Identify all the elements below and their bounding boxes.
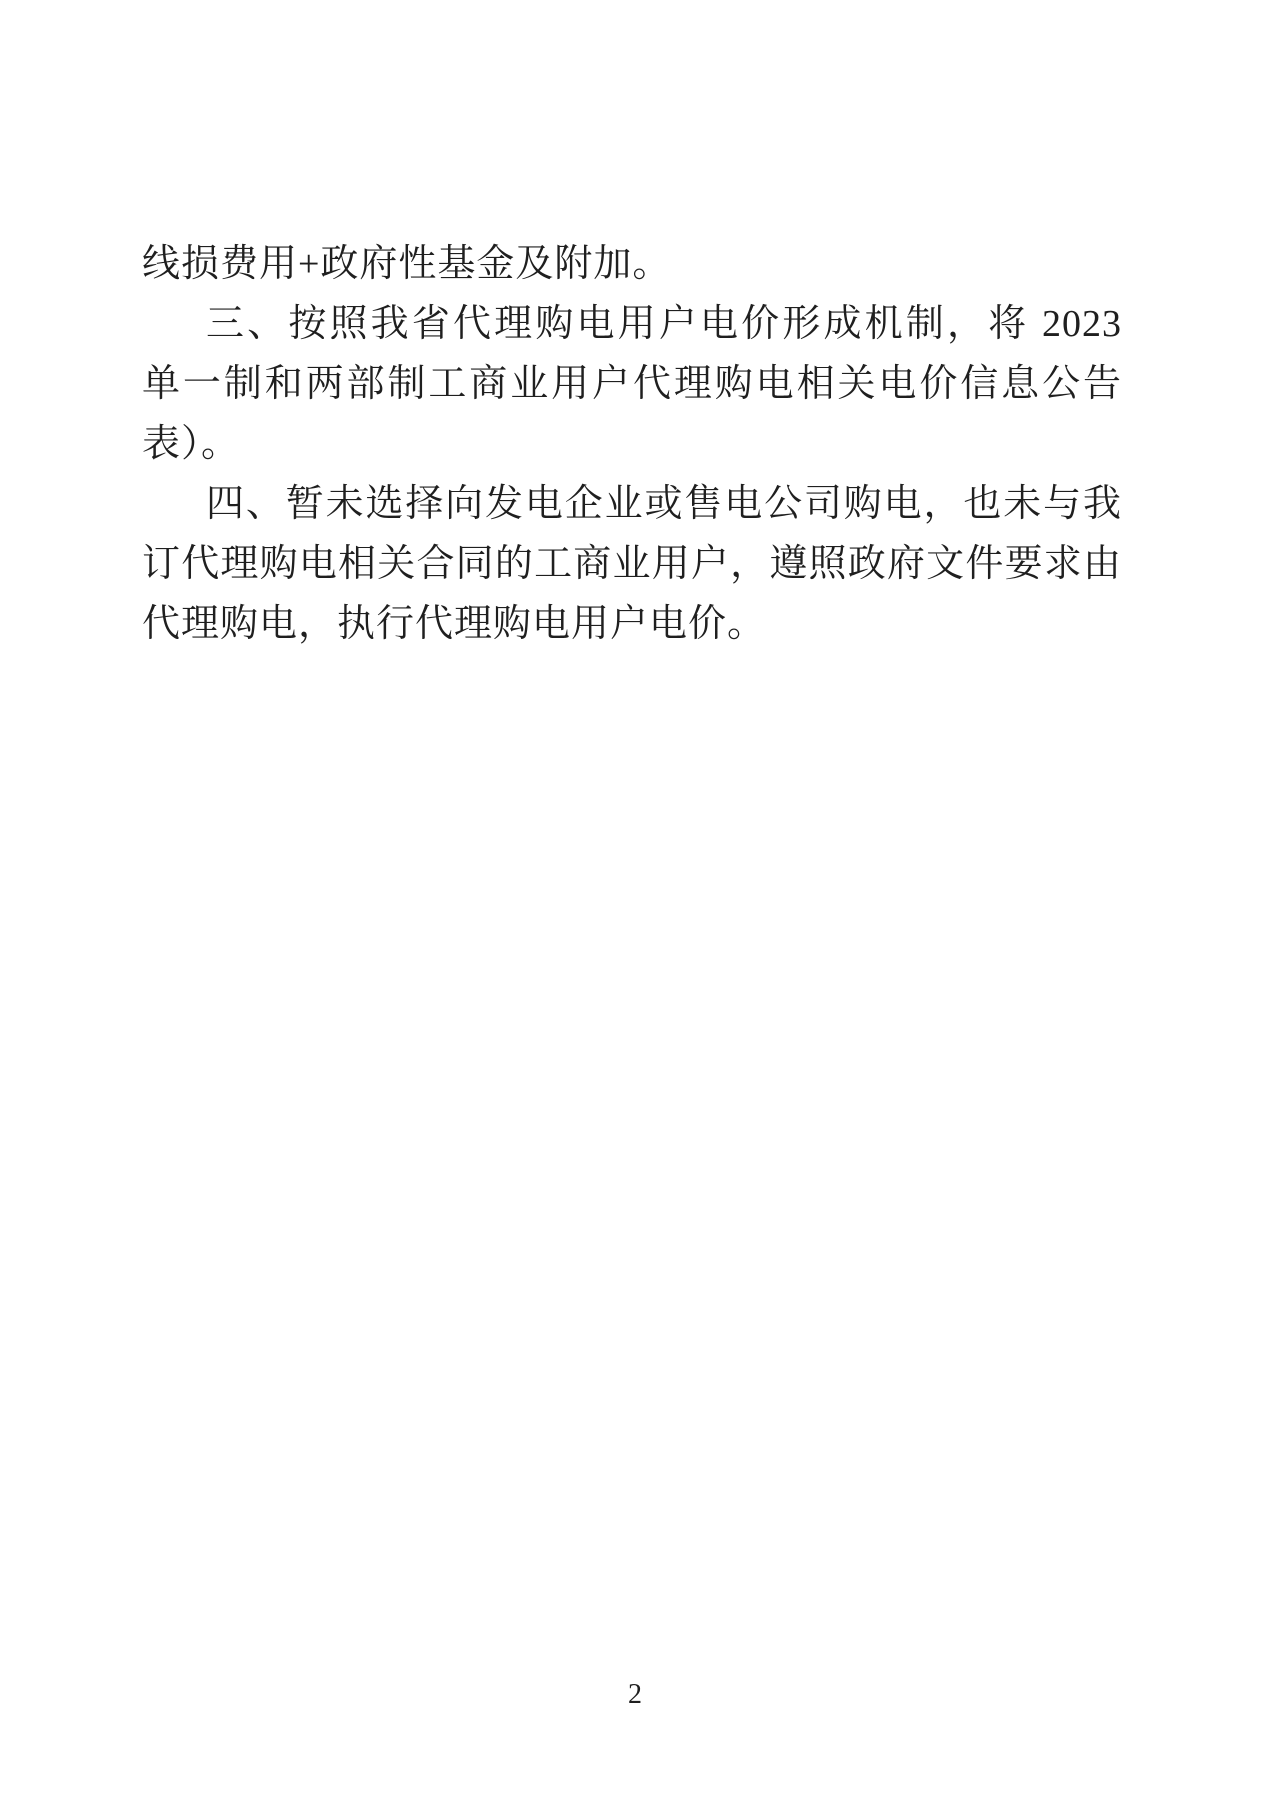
document-body: 线损费用+政府性基金及附加。 三、按照我省代理购电用户电价形成机制，将 2023… [142, 234, 1122, 654]
document-page: 线损费用+政府性基金及附加。 三、按照我省代理购电用户电价形成机制，将 2023… [0, 0, 1280, 1810]
body-line-2: 三、按照我省代理购电用户电价形成机制，将 2023 年 6 月 [142, 294, 1122, 354]
body-line-5: 四、暂未选择向发电企业或售电公司购电，也未与我公司签 [142, 474, 1122, 534]
body-line-6: 订代理购电相关合同的工商业用户，遵照政府文件要求由我公司 [142, 534, 1122, 594]
body-line-3: 单一制和两部制工商业用户代理购电相关电价信息公告（详见 [142, 354, 1122, 414]
body-line-4: 表）。 [142, 414, 1122, 474]
page-number: 2 [0, 1680, 1270, 1710]
body-line-7: 代理购电，执行代理购电用户电价。 [142, 594, 1122, 654]
body-line-1: 线损费用+政府性基金及附加。 [142, 234, 1122, 294]
